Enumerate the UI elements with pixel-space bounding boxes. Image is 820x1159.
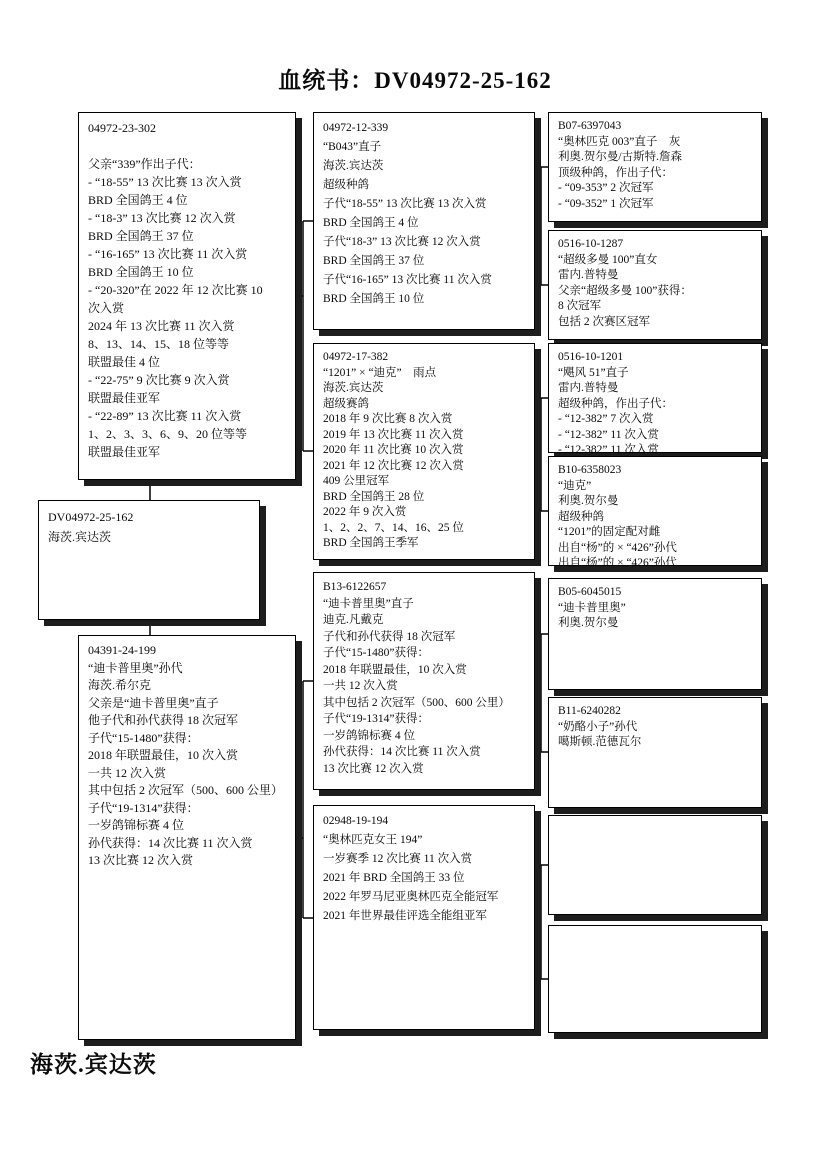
pedigree-box-grandfather-paternal: 04972-12-339 “B043”直子 海茨.宾达茨 超级种鸽 子代“18-… — [313, 112, 535, 330]
box-text: “奶酪小子”孙代 噶斯顿.范德瓦尔 — [558, 720, 754, 751]
pedigree-box-great-grandparent-6: B11-6240282 “奶酪小子”孙代 噶斯顿.范德瓦尔 — [548, 697, 762, 808]
pedigree-box-grandmother-maternal: 02948-19-194 “奥林匹克女王 194” 一岁赛季 12 次比赛 11… — [313, 805, 535, 1030]
box-text: 父亲“339”作出子代： - “18-55” 13 次比赛 13 次入赏 BRD… — [88, 137, 288, 461]
ring-number: B13-6122657 — [323, 579, 527, 596]
pedigree-box-mother: 04391-24-199 “迪卡普里奥”孙代 海茨.希尔克 父亲是“迪卡普里奥”… — [78, 635, 296, 1040]
ring-number: 0516-10-1287 — [558, 237, 754, 253]
pedigree-box-great-grandparent-1: B07-6397043 “奥林匹克 003”直子 灰 利奥.贺尔曼/古斯特.詹森… — [548, 112, 762, 222]
pedigree-box-grandmother-paternal: 04972-17-382 “1201” × “迪克” 雨点 海茨.宾达茨 超级赛… — [313, 343, 535, 560]
box-text: “1201” × “迪克” 雨点 海茨.宾达茨 超级赛鸽 2018 年 9 次比… — [323, 366, 527, 552]
ring-number: 0516-10-1201 — [558, 350, 754, 366]
ring-number: 04391-24-199 — [88, 642, 288, 660]
box-text: “B043”直子 海茨.宾达茨 超级种鸽 子代“18-55” 13 次比赛 13… — [323, 138, 527, 309]
ring-number: DV04972-25-162 — [48, 507, 252, 527]
pedigree-box-great-grandparent-4: B10-6358023 “迪克” 利奥.贺尔曼 超级种鸽 “1201”的固定配对… — [548, 456, 762, 566]
box-text: “超级多曼 100”直女 雷内.普特曼 父亲“超级多曼 100”获得： 8 次冠… — [558, 253, 754, 331]
box-text: “迪克” 利奥.贺尔曼 超级种鸽 “1201”的固定配对雌 出自“杨”的 × “… — [558, 479, 754, 567]
box-text: 海茨.宾达茨 — [48, 527, 252, 547]
ring-number: B10-6358023 — [558, 463, 754, 479]
ring-number: 04972-17-382 — [323, 350, 527, 366]
box-text: “奥林匹克 003”直子 灰 利奥.贺尔曼/古斯特.詹森 顶级种鸽，作出子代： … — [558, 135, 754, 213]
ring-number: 02948-19-194 — [323, 812, 527, 831]
pedigree-box-subject: DV04972-25-162 海茨.宾达茨 — [38, 500, 260, 620]
pedigree-box-great-grandparent-8 — [548, 925, 762, 1033]
pedigree-box-great-grandparent-2: 0516-10-1287 “超级多曼 100”直女 雷内.普特曼 父亲“超级多曼… — [548, 230, 762, 340]
pedigree-box-father: 04972-23-302 父亲“339”作出子代： - “18-55” 13 次… — [78, 112, 296, 480]
box-text: “迪卡普里奥”直子 迪克.凡戴克 子代和孙代获得 18 次冠军 子代“15-14… — [323, 596, 527, 778]
pedigree-box-great-grandparent-5: B05-6045015 “迪卡普里奥” 利奥.贺尔曼 — [548, 578, 762, 690]
pedigree-box-great-grandparent-3: 0516-10-1201 “飓风 51”直子 雷内.普特曼 超级种鸽，作出子代：… — [548, 343, 762, 453]
box-text: “奥林匹克女王 194” 一岁赛季 12 次比赛 11 次入赏 2021 年 B… — [323, 831, 527, 926]
ring-number: 04972-12-339 — [323, 119, 527, 138]
ring-number: B07-6397043 — [558, 119, 754, 135]
box-text: “迪卡普里奥”孙代 海茨.希尔克 父亲是“迪卡普里奥”直子 他子代和孙代获得 1… — [88, 660, 288, 870]
ring-number: 04972-23-302 — [88, 119, 288, 137]
pedigree-box-great-grandparent-7 — [548, 815, 762, 915]
pedigree-box-grandfather-maternal: B13-6122657 “迪卡普里奥”直子 迪克.凡戴克 子代和孙代获得 18 … — [313, 572, 535, 790]
ring-number: B05-6045015 — [558, 585, 754, 601]
box-text: “迪卡普里奥” 利奥.贺尔曼 — [558, 601, 754, 632]
box-text: “飓风 51”直子 雷内.普特曼 超级种鸽，作出子代： - “12-382” 7… — [558, 366, 754, 454]
pedigree-certificate-page: 血统书：DV04972-25-162 DV04972-25-162 海茨.宾达茨… — [0, 0, 820, 1159]
ring-number: B11-6240282 — [558, 704, 754, 720]
